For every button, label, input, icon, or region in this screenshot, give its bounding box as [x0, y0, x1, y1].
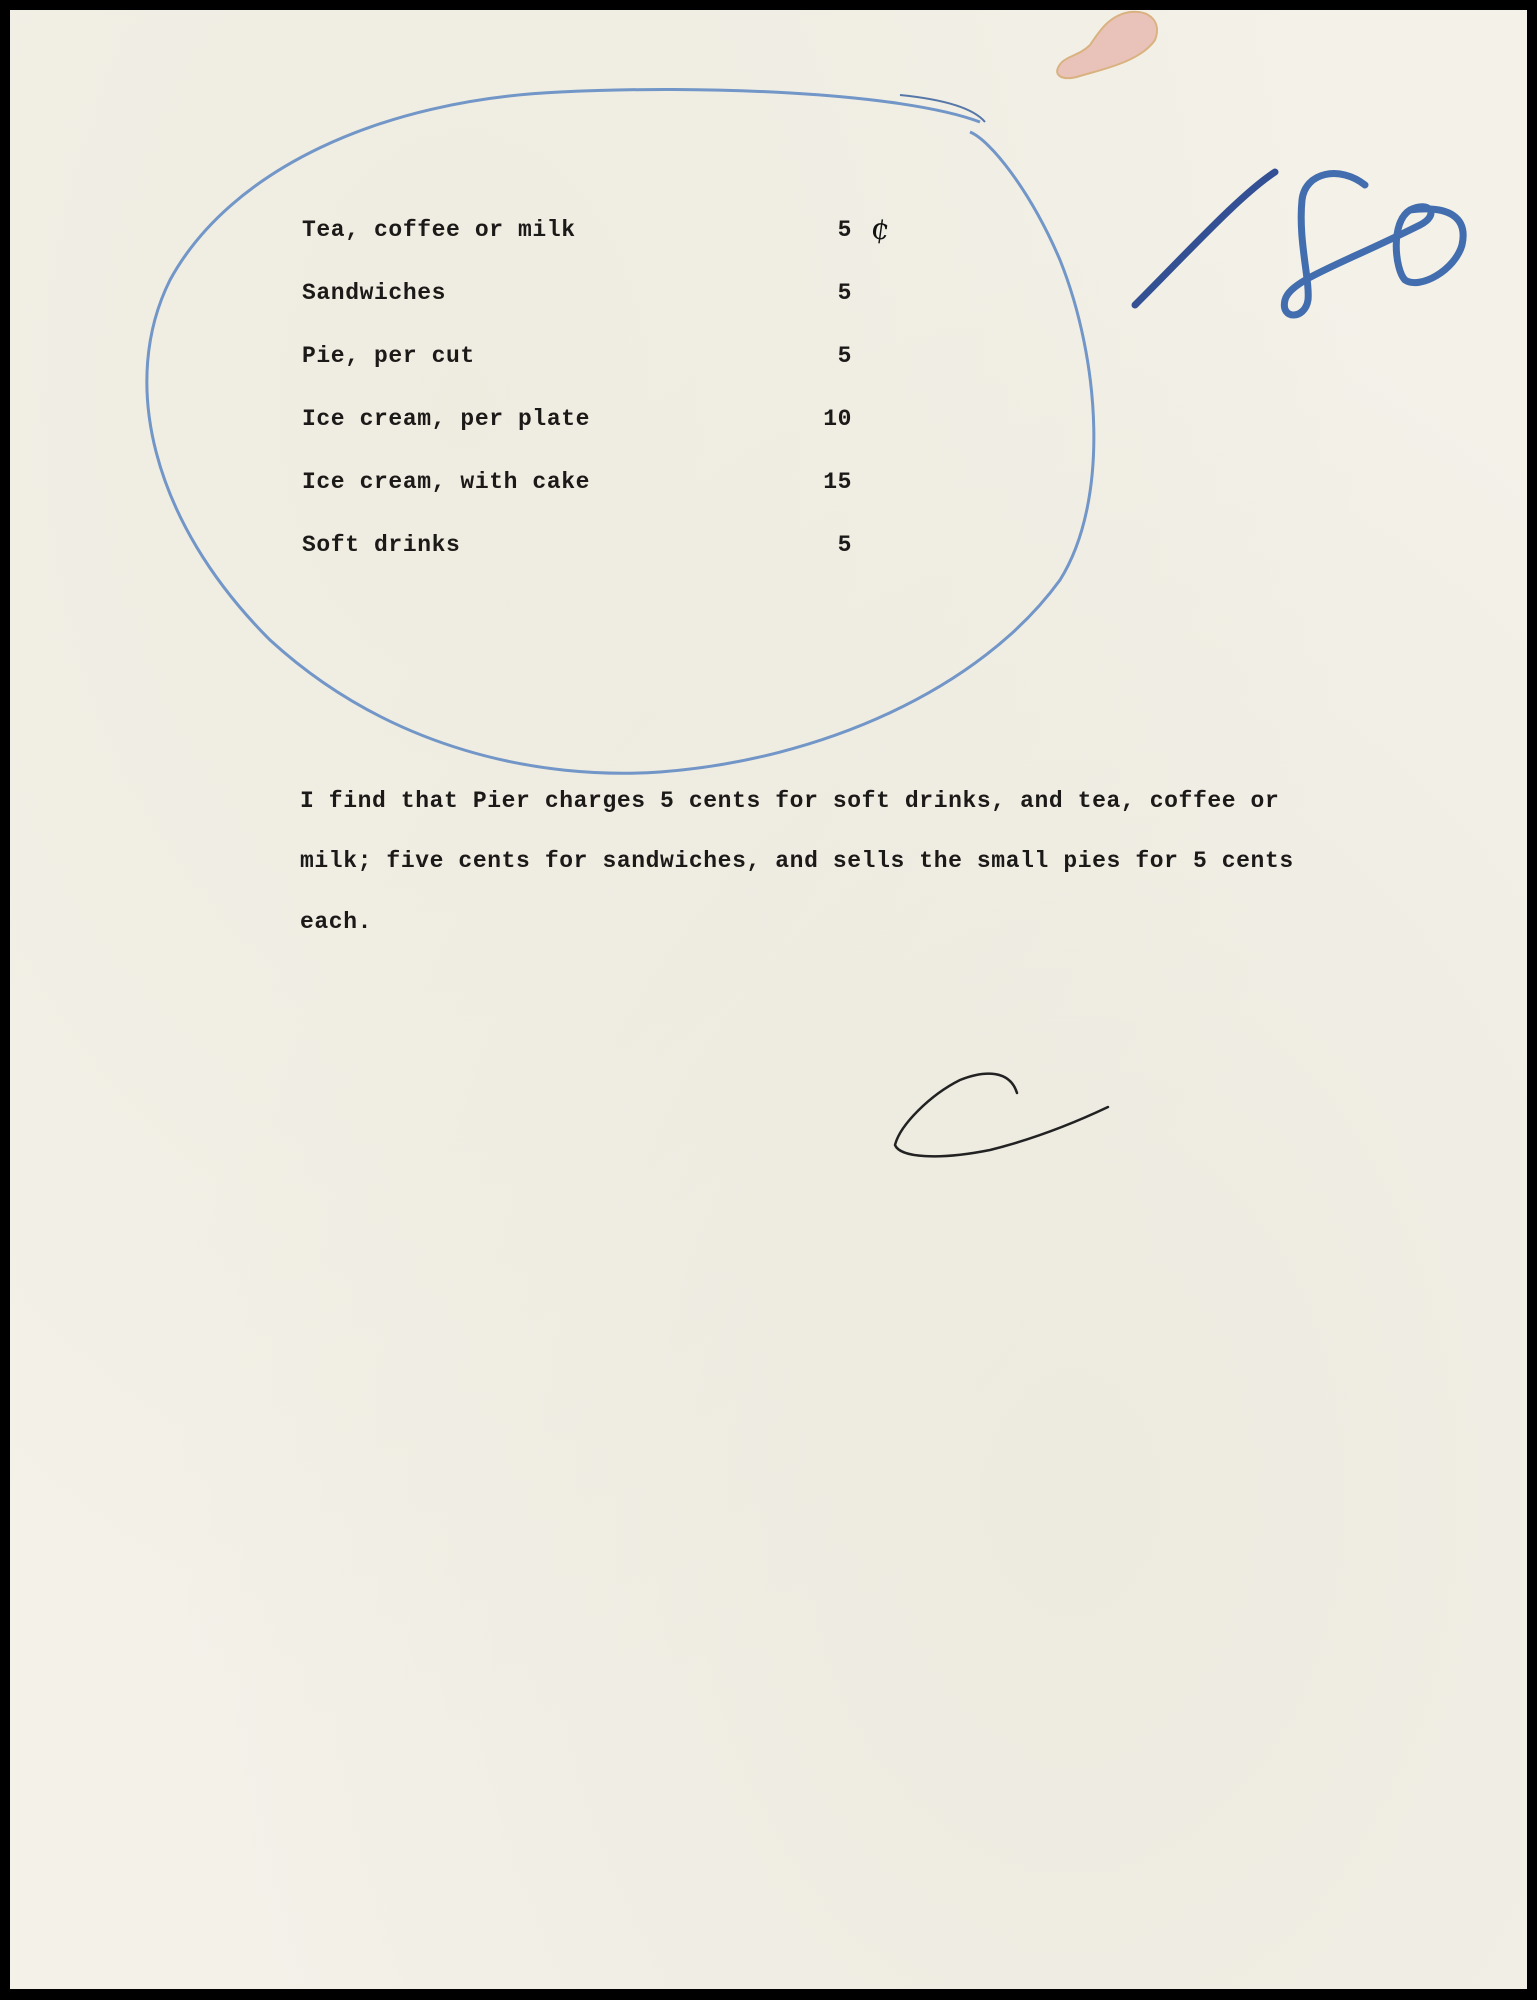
annotations-layer	[0, 0, 1537, 2000]
stain-mark	[1057, 12, 1157, 78]
handwritten-180	[1135, 172, 1463, 315]
pencil-check-mark	[895, 1074, 1108, 1157]
blue-circle-mark	[147, 90, 1094, 774]
